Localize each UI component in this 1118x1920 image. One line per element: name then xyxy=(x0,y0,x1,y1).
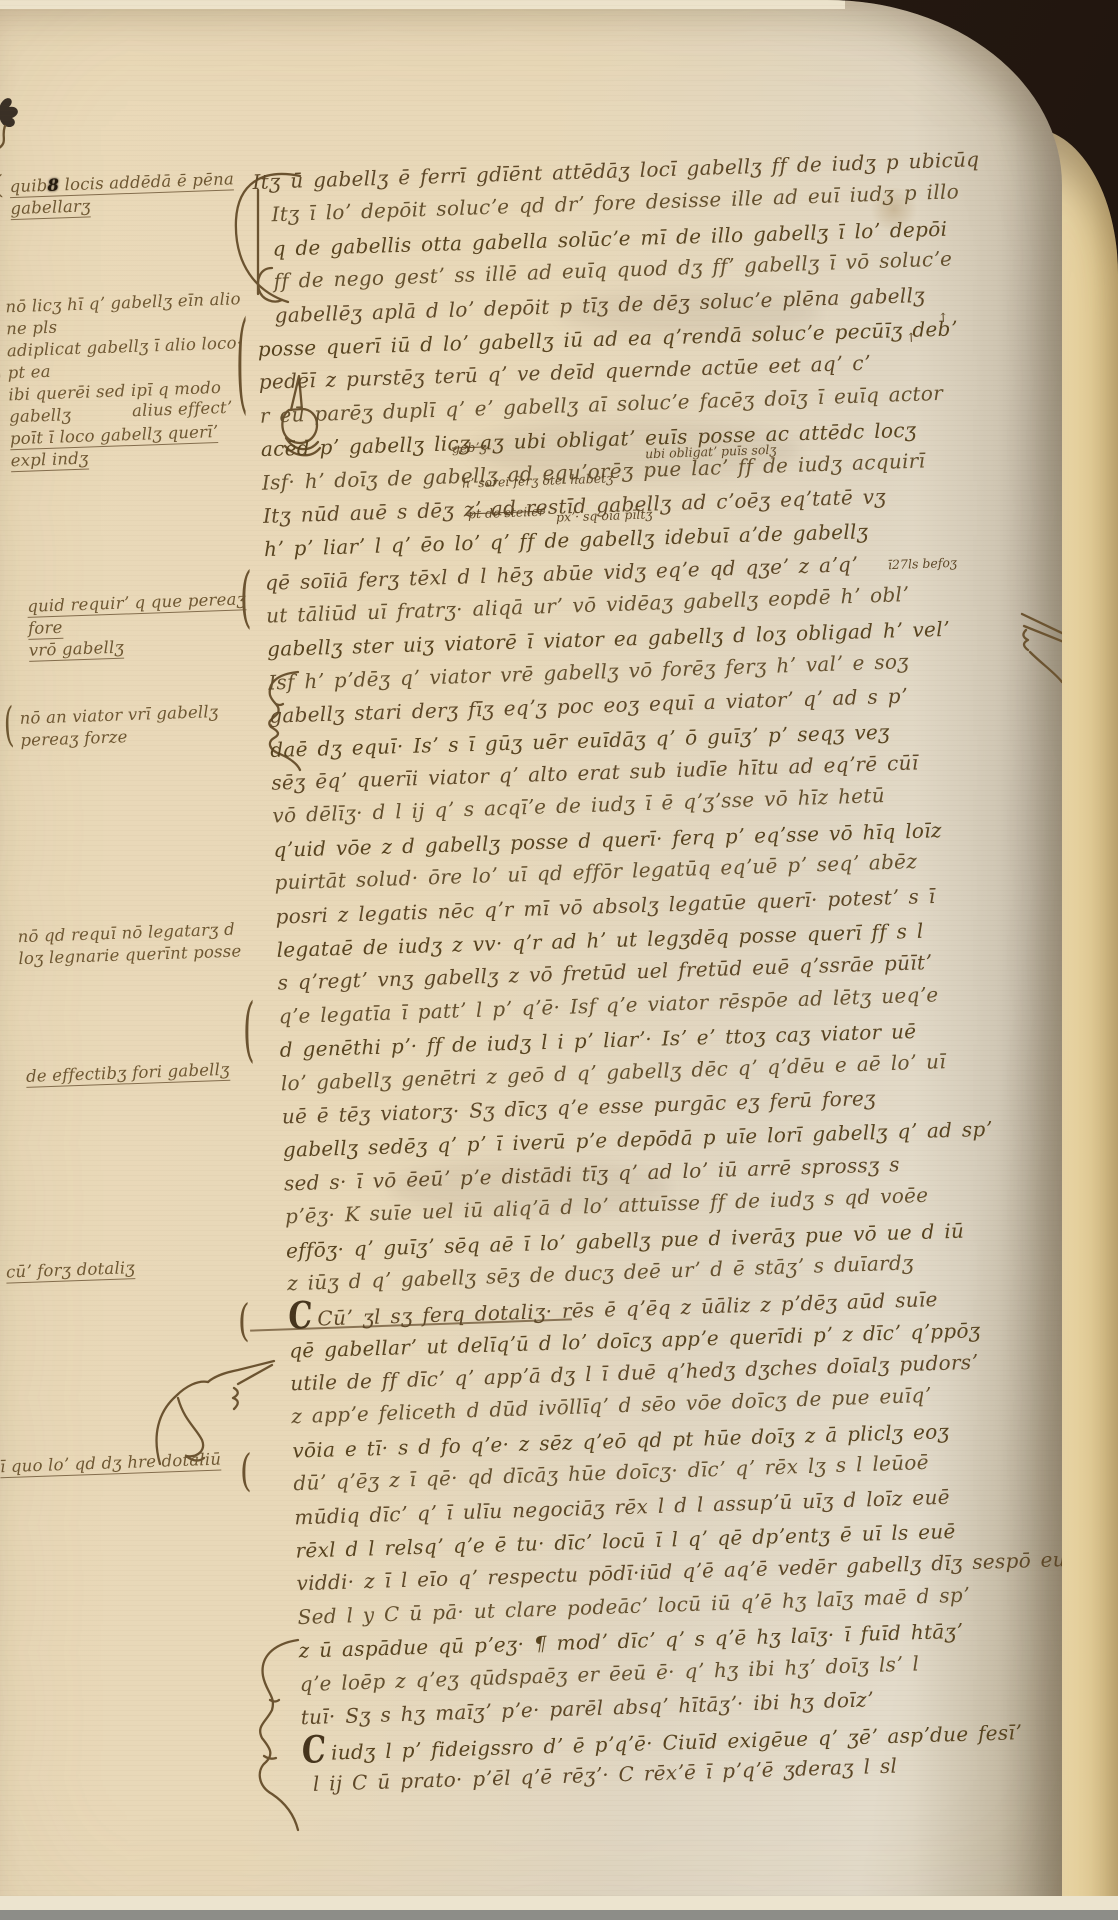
margin-note-line: quib8 locis addēdā ē pēna gabellarʒ xyxy=(9,168,248,220)
margin-note-brace: ( xyxy=(3,706,15,746)
photo-bottom-strip xyxy=(0,1910,1118,1920)
ink-blot-top-left xyxy=(0,92,26,150)
struck-out-word: gebʼʒ xyxy=(452,439,487,455)
page-bottom-edge xyxy=(0,1896,1118,1910)
manuscript-page: (quib8 locis addēdā ē pēna gabellarʒ(nō … xyxy=(0,0,1062,1920)
margin-note-line: de effectibʒ fori gabellʒ xyxy=(26,1058,247,1088)
margin-note: ī quo loʼ qd dʒ hre dotaliū xyxy=(0,1448,245,1479)
margin-note-line: cūʼ forʒ dotaliʒ xyxy=(6,1254,212,1283)
struck-out-word: pt de steiler xyxy=(468,504,545,522)
grouping-brace: ( xyxy=(236,300,248,428)
interlinear-note: ↑ xyxy=(938,310,949,325)
paragraph-mark: C xyxy=(301,1730,327,1773)
ink-blob: 8 xyxy=(47,175,59,194)
interlinear-note: ↑ xyxy=(906,330,917,345)
margin-note: quid requirʼ q que pereaʒ forevrō gabell… xyxy=(27,588,254,662)
margin-note-brace: ( xyxy=(0,174,4,196)
grouping-brace: ( xyxy=(238,1296,250,1347)
manuscript-photo: (quib8 locis addēdā ē pēna gabellarʒ(nō … xyxy=(0,0,1118,1920)
margin-note-brace: ( xyxy=(0,295,2,375)
grouping-brace: ( xyxy=(243,990,255,1072)
grouping-brace: ( xyxy=(240,1446,252,1497)
page-top-edge xyxy=(0,0,845,9)
main-text-block: Itʒ ū gabellʒ ē ferrī gdīēnt attēdāʒ loc… xyxy=(252,140,1062,1801)
interlinear-note: ī27ls befoʒ xyxy=(888,555,957,572)
margin-note-line: ī quo loʼ qd dʒ hre dotaliū xyxy=(0,1448,245,1479)
margin-note-brace: ( xyxy=(0,1260,1,1282)
paragraph-mark: C xyxy=(287,1296,313,1339)
grouping-brace: ( xyxy=(240,560,252,637)
margin-note-line: quid requirʼ q que pereaʒ fore xyxy=(27,588,253,640)
margin-note: (nō an viator vrī gabellʒpereaʒ forze xyxy=(19,700,245,752)
margin-note: (cūʼ forʒ dotaliʒ xyxy=(6,1254,212,1283)
margin-note-line: poīt ī loco gabellʒ querīʼ expl indʒ xyxy=(10,420,259,473)
margin-note: (nō licʒ hī qʼ gabellʒ eīn alio ne plsad… xyxy=(5,288,259,473)
margin-note: (quib8 locis addēdā ē pēna gabellarʒ xyxy=(9,168,248,220)
margin-note: nō qd requī nō legatarʒ dloʒ legnarie qu… xyxy=(17,918,258,970)
margin-note: de effectibʒ fori gabellʒ xyxy=(26,1058,247,1088)
